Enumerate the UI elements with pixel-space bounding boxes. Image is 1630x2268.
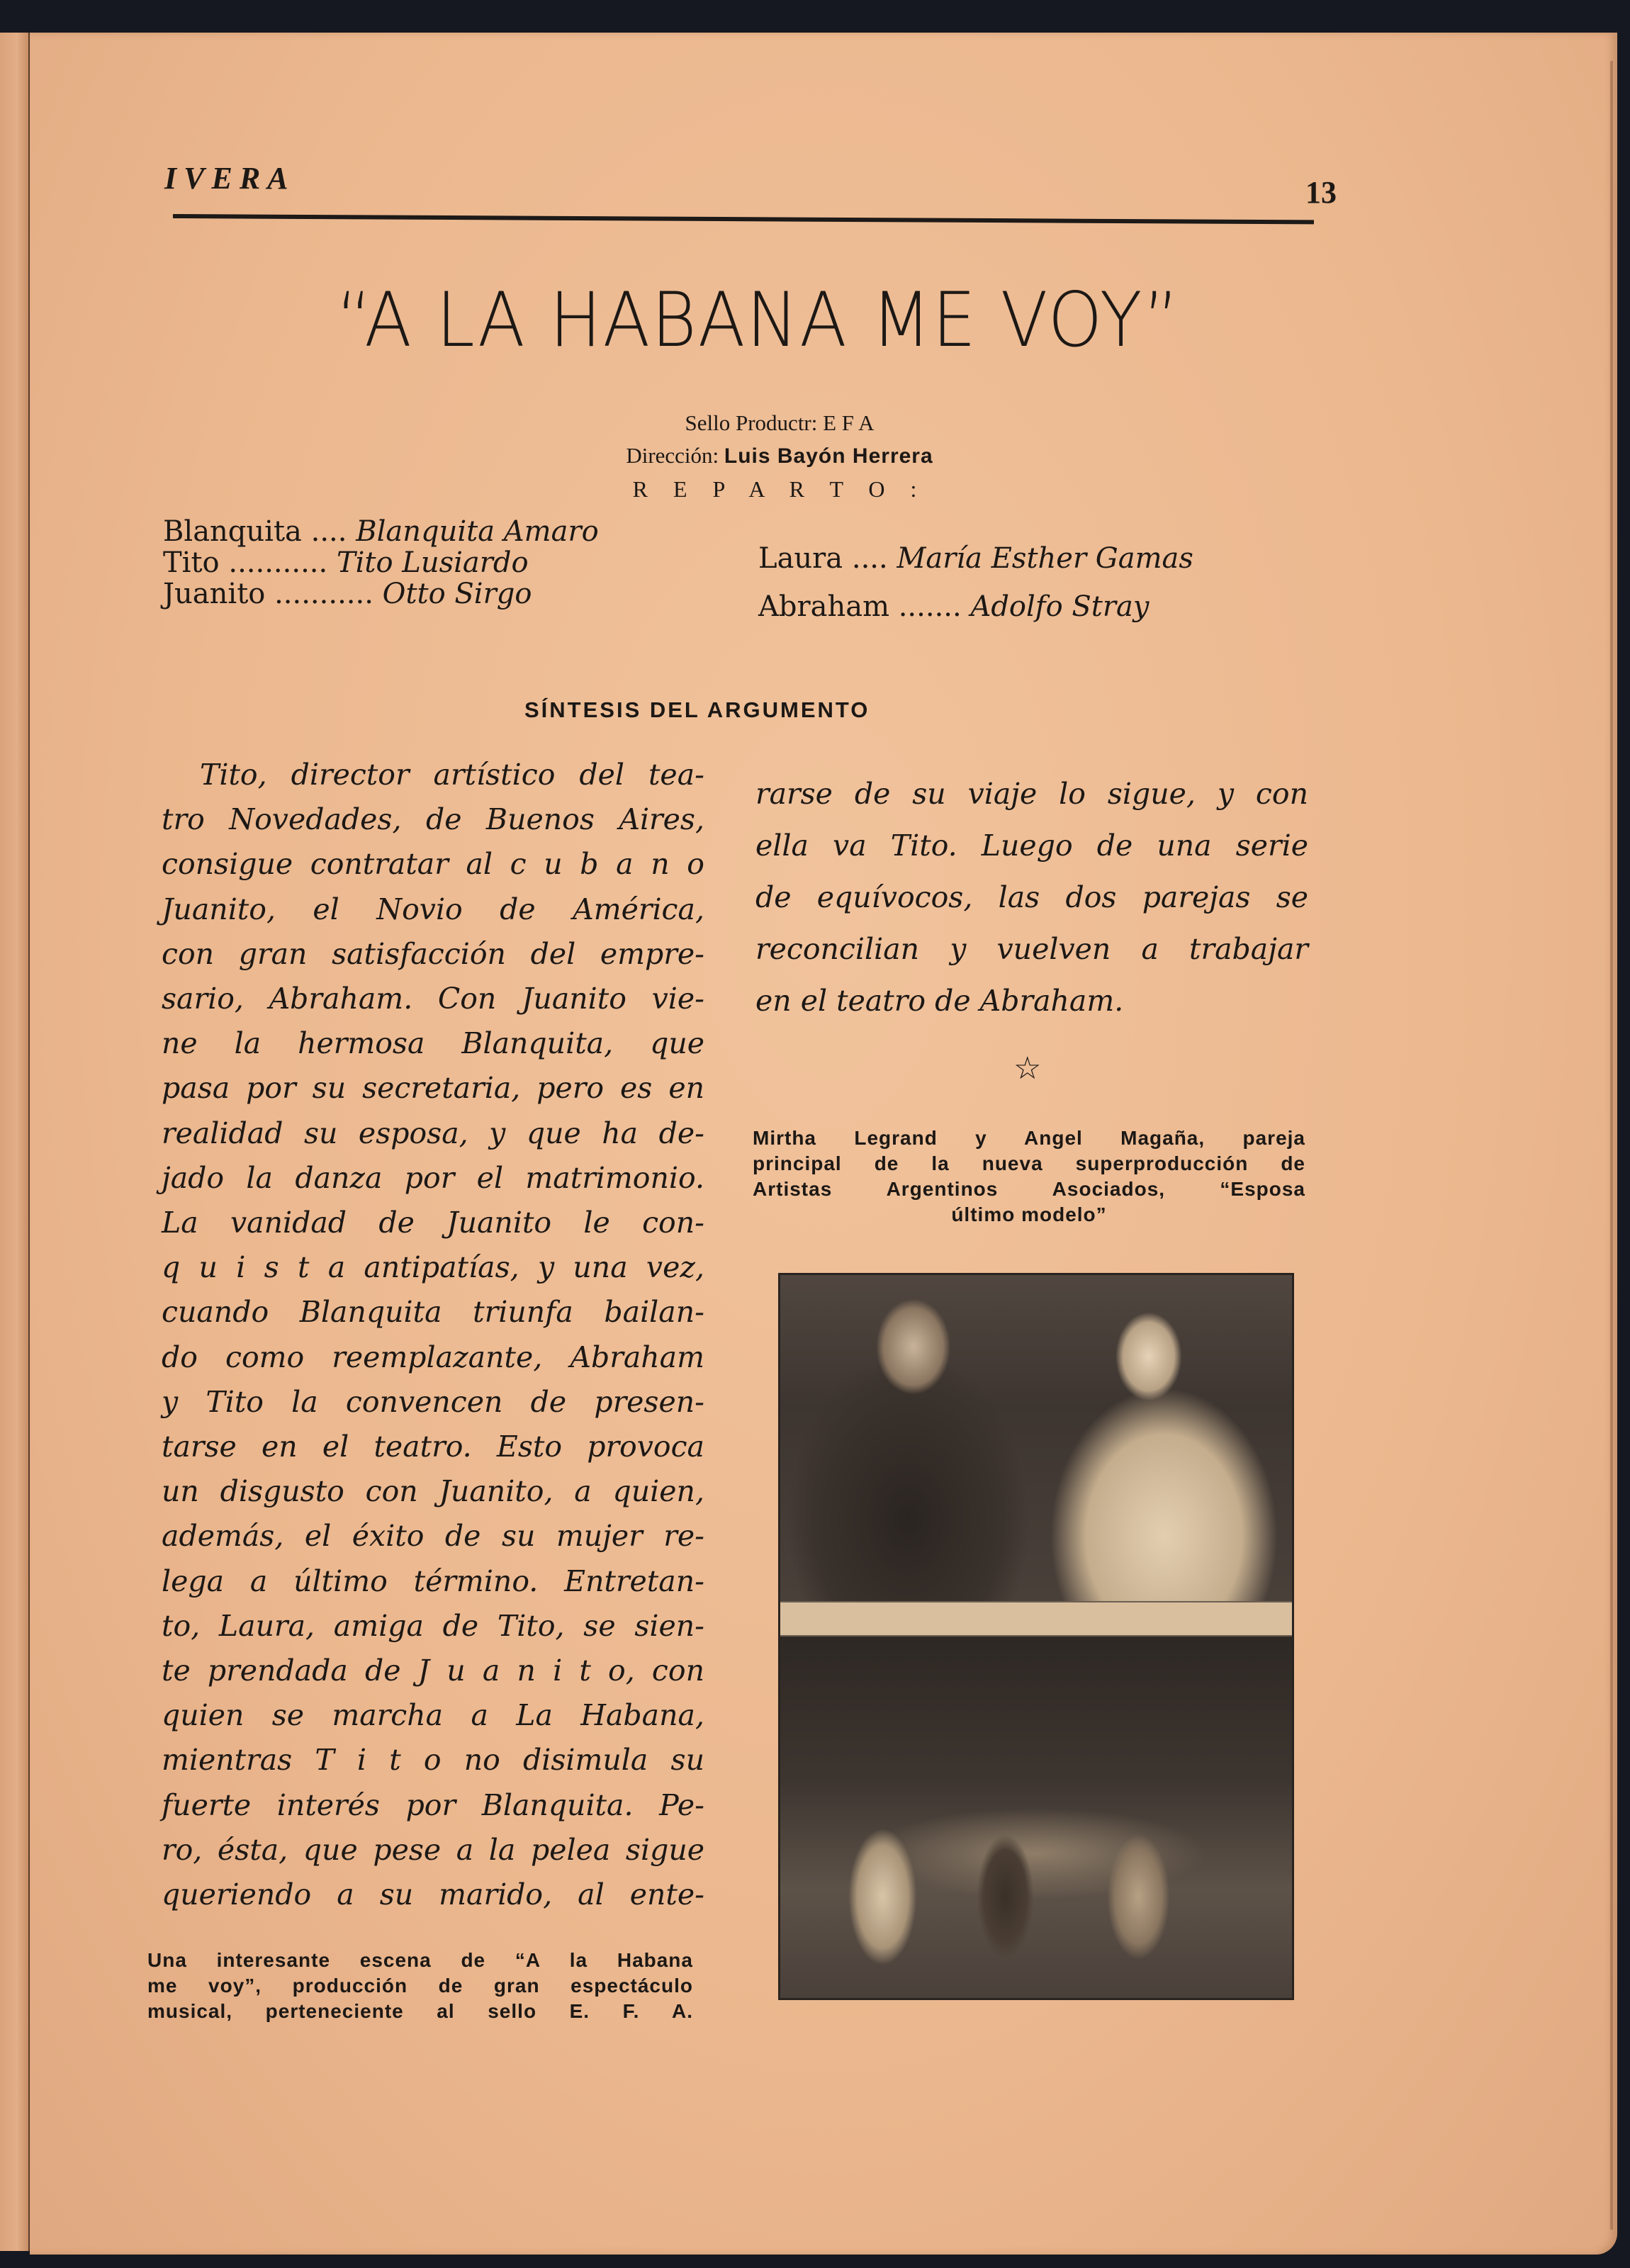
text-line: tarse en el teatro. Esto provoca xyxy=(162,1425,704,1469)
cast-row: Tito ........... Tito Lusiardo xyxy=(163,547,599,578)
cast-dots: .... xyxy=(843,542,896,575)
director-value: Luis Bayón Herrera xyxy=(724,444,933,468)
text-line: mientras T i t o no disimula su xyxy=(162,1738,704,1783)
text-line: un disgusto con Juanito, a quien, xyxy=(162,1469,704,1514)
cast-actor: Blanquita Amaro xyxy=(356,515,598,548)
star-separator-icon: ☆ xyxy=(1013,1050,1041,1087)
synopsis-column-right: rarse de su viaje lo sigue, y con ella v… xyxy=(755,768,1308,1027)
synopsis-heading: SÍNTESIS DEL ARGUMENTO xyxy=(524,697,870,723)
text-line: rarse de su viaje lo sigue, y con xyxy=(755,768,1308,820)
text-line: lega a último término. Entretan- xyxy=(162,1559,704,1604)
cast-dots: ....... xyxy=(889,590,970,623)
text-line: do como reemplazante, Abraham xyxy=(162,1335,704,1380)
photo-caption-top: Mirtha Legrand y Angel Magaña, pareja pr… xyxy=(753,1125,1305,1228)
text-line: con gran satisfacción del empre- xyxy=(162,932,704,977)
cast-list-right: Laura .... María Esther Gamas Abraham ..… xyxy=(758,534,1193,631)
page-edge-shadow xyxy=(1610,61,1613,2230)
director-line: Dirección: Luis Bayón Herrera xyxy=(425,439,1134,473)
text-line: ne la hermosa Blanquita, que xyxy=(162,1021,704,1066)
cast-row: Abraham ....... Adolfo Stray xyxy=(758,583,1193,631)
director-label: Dirección: xyxy=(626,443,719,468)
producer-label: Sello Productr: xyxy=(685,410,818,435)
text-line: to, Laura, amiga de Tito, se sien- xyxy=(162,1604,704,1649)
cast-role: Juanito xyxy=(163,578,265,610)
photo-description: Escena musical de A la Habana me voy xyxy=(780,1997,1292,1998)
cast-role: Tito xyxy=(163,546,220,579)
text-line: fuerte interés por Blanquita. Pe- xyxy=(162,1783,704,1828)
text-line: quien se marcha a La Habana, xyxy=(162,1693,704,1738)
text-line: realidad su esposa, y que ha de- xyxy=(162,1111,704,1156)
cast-actor: Tito Lusiardo xyxy=(337,546,529,579)
text-line: sario, Abraham. Con Juanito vie- xyxy=(162,977,704,1021)
caption-line: principal de la nueva superproducción de xyxy=(753,1151,1305,1177)
cast-dots: ........... xyxy=(220,546,337,579)
text-line: consigue contratar al c u b a n o xyxy=(162,842,704,887)
producer-value: E F A xyxy=(823,410,874,435)
cast-dots: .... xyxy=(302,515,356,548)
cast-list-left: Blanquita .... Blanquita Amaro Tito ....… xyxy=(163,516,599,610)
text-line: cuando Blanquita triunfa bailan- xyxy=(162,1290,704,1335)
photo-wedding-couple: Mirtha Legrand y Angel Magaña (wedding s… xyxy=(780,1275,1292,1601)
caption-line: Mirtha Legrand y Angel Magaña, pareja xyxy=(753,1125,1305,1151)
text-line: ella va Tito. Luego de una serie xyxy=(755,820,1308,872)
cast-actor: María Esther Gamas xyxy=(896,542,1193,575)
text-line: Tito, director artístico del tea- xyxy=(162,753,704,797)
cast-actor: Otto Sirgo xyxy=(383,578,532,610)
text-line: Juanito, el Novio de América, xyxy=(162,887,704,932)
magazine-name: IVERA xyxy=(164,160,296,196)
cast-row: Juanito ........... Otto Sirgo xyxy=(163,578,599,610)
photo-collage: Mirtha Legrand y Angel Magaña (wedding s… xyxy=(778,1273,1294,2000)
text-line: en el teatro de Abraham. xyxy=(755,975,1308,1027)
caption-line: musical, perteneciente al sello E. F. A. xyxy=(147,1999,693,2024)
cast-heading: R E P A R T O : xyxy=(425,473,1134,505)
cast-role: Laura xyxy=(758,542,843,575)
cast-row: Laura .... María Esther Gamas xyxy=(758,534,1193,583)
text-line: además, el éxito de su mujer re- xyxy=(162,1514,704,1559)
photo-caption-bottom: Una interesante escena de “A la Habana m… xyxy=(147,1948,693,2024)
text-line: La vanidad de Juanito le con- xyxy=(162,1201,704,1245)
cast-actor: Adolfo Stray xyxy=(970,590,1149,623)
photo-musical-scene: Escena musical de A la Habana me voy xyxy=(780,1637,1292,1998)
text-line: jado la danza por el matrimonio. xyxy=(162,1156,704,1201)
caption-line: Una interesante escena de “A la Habana xyxy=(147,1948,693,1973)
credits-block: Sello Productr: E F A Dirección: Luis Ba… xyxy=(425,407,1134,505)
photo-divider-strip xyxy=(780,1601,1292,1637)
caption-line: último modelo” xyxy=(753,1202,1305,1228)
text-line: reconcilian y vuelven a trabajar xyxy=(755,924,1308,975)
text-line: y Tito la convencen de presen- xyxy=(162,1380,704,1425)
producer-line: Sello Productr: E F A xyxy=(425,407,1134,439)
text-line: queriendo a su marido, al ente- xyxy=(162,1873,704,1917)
text-line: tro Novedades, de Buenos Aires, xyxy=(162,797,704,842)
text-line: de equívocos, las dos parejas se xyxy=(755,872,1308,924)
caption-line: me voy”, producción de gran espectáculo xyxy=(147,1973,693,1999)
cast-role: Abraham xyxy=(758,590,889,623)
text-line: te prendada de J u a n i t o, con xyxy=(162,1649,704,1693)
text-line: ro, ésta, que pese a la pelea sigue xyxy=(162,1828,704,1873)
text-line: q u i s t a antipatías, y una vez, xyxy=(162,1245,704,1290)
text-line: pasa por su secretaria, pero es en xyxy=(162,1066,704,1111)
cast-dots: ........... xyxy=(265,578,382,610)
caption-line: Artistas Argentinos Asociados, “Esposa xyxy=(753,1177,1305,1202)
adjacent-page-edge xyxy=(0,33,30,2251)
page-number: 13 xyxy=(1305,174,1337,210)
article-title: “A LA HABANA ME VOY” xyxy=(296,276,1221,364)
synopsis-column-left: Tito, director artístico del tea- tro No… xyxy=(162,753,704,1917)
cast-row: Blanquita .... Blanquita Amaro xyxy=(163,516,599,547)
cast-role: Blanquita xyxy=(163,515,302,548)
